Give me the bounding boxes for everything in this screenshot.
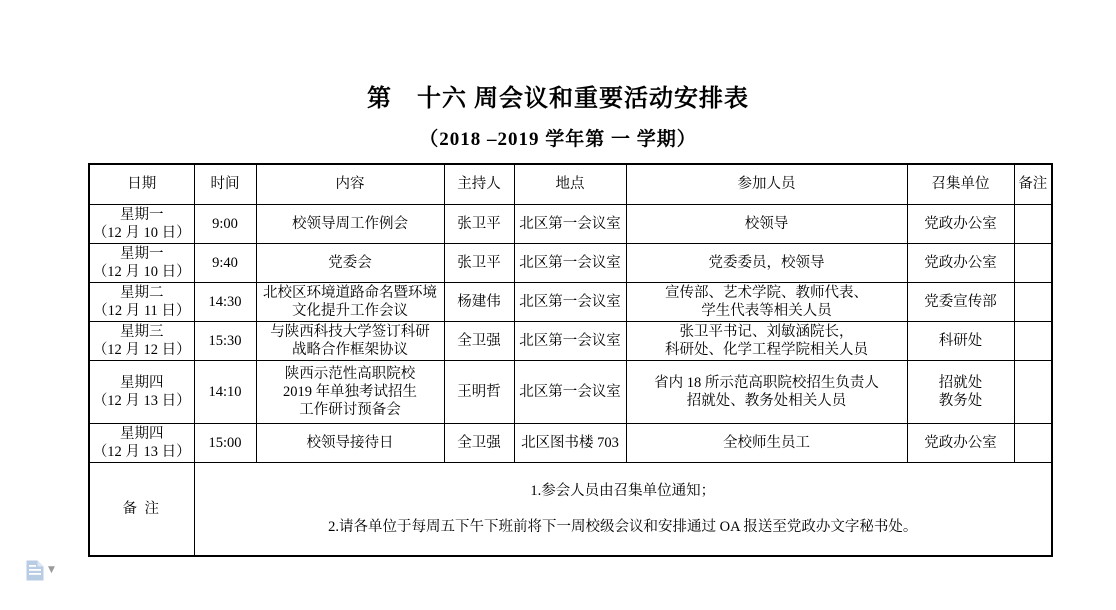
cell-remark <box>1014 282 1052 321</box>
cell-time: 9:40 <box>194 243 256 282</box>
cell-location: 北区第一会议室 <box>514 321 626 360</box>
page-subtitle: （2018 –2019 学年第 一 学期） <box>0 124 1116 151</box>
cell-content: 校领导周工作例会 <box>256 204 444 243</box>
col-header-time: 时间 <box>194 164 256 204</box>
cell-date: 星期四 （12 月 13 日） <box>89 423 194 462</box>
cell-participants: 全校师生员工 <box>626 423 907 462</box>
cell-participants: 张卫平书记、刘敏涵院长， 科研处、化学工程学院相关人员 <box>626 321 907 360</box>
table-row: 星期三 （12 月 12 日） 15:30 与陕西科技大学签订科研 战略合作框架… <box>89 321 1052 360</box>
cell-participants: 校领导 <box>626 204 907 243</box>
cell-host: 全卫强 <box>444 423 514 462</box>
cell-remark <box>1014 360 1052 423</box>
cell-time: 14:10 <box>194 360 256 423</box>
col-header-participants: 参加人员 <box>626 164 907 204</box>
schedule-table: 日期 时间 内容 主持人 地点 参加人员 召集单位 备注 星期一 （12 月 1… <box>88 163 1053 557</box>
col-header-organizer: 召集单位 <box>907 164 1014 204</box>
cell-participants: 省内 18 所示范高职院校招生负责人 招就处、教务处相关人员 <box>626 360 907 423</box>
cell-host: 张卫平 <box>444 204 514 243</box>
cell-content: 北校区环境道路命名暨环境 文化提升工作会议 <box>256 282 444 321</box>
cell-host: 杨建伟 <box>444 282 514 321</box>
cell-organizer: 党委宣传部 <box>907 282 1014 321</box>
cell-host: 全卫强 <box>444 321 514 360</box>
cell-organizer: 招就处 教务处 <box>907 360 1014 423</box>
col-header-remark: 备注 <box>1014 164 1052 204</box>
cell-remark <box>1014 204 1052 243</box>
paste-options-button[interactable]: ▼ <box>26 560 55 581</box>
col-header-content: 内容 <box>256 164 444 204</box>
cell-content: 与陕西科技大学签订科研 战略合作框架协议 <box>256 321 444 360</box>
notes-cell: 1.参会人员由召集单位通知； 2.请各单位于每周五下午下班前将下一周校级会议和安… <box>194 462 1052 556</box>
notes-row: 备 注 1.参会人员由召集单位通知； 2.请各单位于每周五下午下班前将下一周校级… <box>89 462 1052 556</box>
cell-location: 北区第一会议室 <box>514 204 626 243</box>
document-page: 第 十六 周会议和重要活动安排表 （2018 –2019 学年第 一 学期） 日… <box>0 0 1116 610</box>
cell-location: 北区第一会议室 <box>514 243 626 282</box>
cell-organizer: 党政办公室 <box>907 204 1014 243</box>
cell-remark <box>1014 243 1052 282</box>
note-line-2: 2.请各单位于每周五下午下班前将下一周校级会议和安排通过 OA 报送至党政办文字… <box>197 518 1050 536</box>
cell-organizer: 科研处 <box>907 321 1014 360</box>
col-header-host: 主持人 <box>444 164 514 204</box>
cell-date: 星期一 （12 月 10 日） <box>89 243 194 282</box>
cell-participants: 党委委员，校领导 <box>626 243 907 282</box>
table-row: 星期四 （12 月 13 日） 14:10 陕西示范性高职院校 2019 年单独… <box>89 360 1052 423</box>
cell-organizer: 党政办公室 <box>907 243 1014 282</box>
cell-date: 星期一 （12 月 10 日） <box>89 204 194 243</box>
table-row: 星期四 （12 月 13 日） 15:00 校领导接待日 全卫强 北区图书楼 7… <box>89 423 1052 462</box>
cell-remark <box>1014 321 1052 360</box>
paste-options-document-icon <box>26 560 44 581</box>
cell-time: 9:00 <box>194 204 256 243</box>
cell-location: 北区第一会议室 <box>514 282 626 321</box>
cell-content: 陕西示范性高职院校 2019 年单独考试招生 工作研讨预备会 <box>256 360 444 423</box>
table-row: 星期二 （12 月 11 日） 14:30 北校区环境道路命名暨环境 文化提升工… <box>89 282 1052 321</box>
cell-participants: 宣传部、艺术学院、教师代表、 学生代表等相关人员 <box>626 282 907 321</box>
cell-date: 星期二 （12 月 11 日） <box>89 282 194 321</box>
cell-location: 北区图书楼 703 <box>514 423 626 462</box>
chevron-down-icon[interactable]: ▼ <box>48 565 55 575</box>
cell-time: 15:00 <box>194 423 256 462</box>
cell-host: 张卫平 <box>444 243 514 282</box>
cell-organizer: 党政办公室 <box>907 423 1014 462</box>
cell-time: 14:30 <box>194 282 256 321</box>
cell-remark <box>1014 423 1052 462</box>
cell-content: 党委会 <box>256 243 444 282</box>
col-header-date: 日期 <box>89 164 194 204</box>
col-header-location: 地点 <box>514 164 626 204</box>
cell-content: 校领导接待日 <box>256 423 444 462</box>
cell-host: 王明哲 <box>444 360 514 423</box>
table-row: 星期一 （12 月 10 日） 9:00 校领导周工作例会 张卫平 北区第一会议… <box>89 204 1052 243</box>
cell-date: 星期四 （12 月 13 日） <box>89 360 194 423</box>
table-header-row: 日期 时间 内容 主持人 地点 参加人员 召集单位 备注 <box>89 164 1052 204</box>
table-row: 星期一 （12 月 10 日） 9:40 党委会 张卫平 北区第一会议室 党委委… <box>89 243 1052 282</box>
notes-label: 备 注 <box>89 462 194 556</box>
cell-date: 星期三 （12 月 12 日） <box>89 321 194 360</box>
cell-location: 北区第一会议室 <box>514 360 626 423</box>
page-title: 第 十六 周会议和重要活动安排表 <box>0 78 1116 113</box>
cell-time: 15:30 <box>194 321 256 360</box>
note-line-1: 1.参会人员由召集单位通知； <box>197 482 1050 500</box>
